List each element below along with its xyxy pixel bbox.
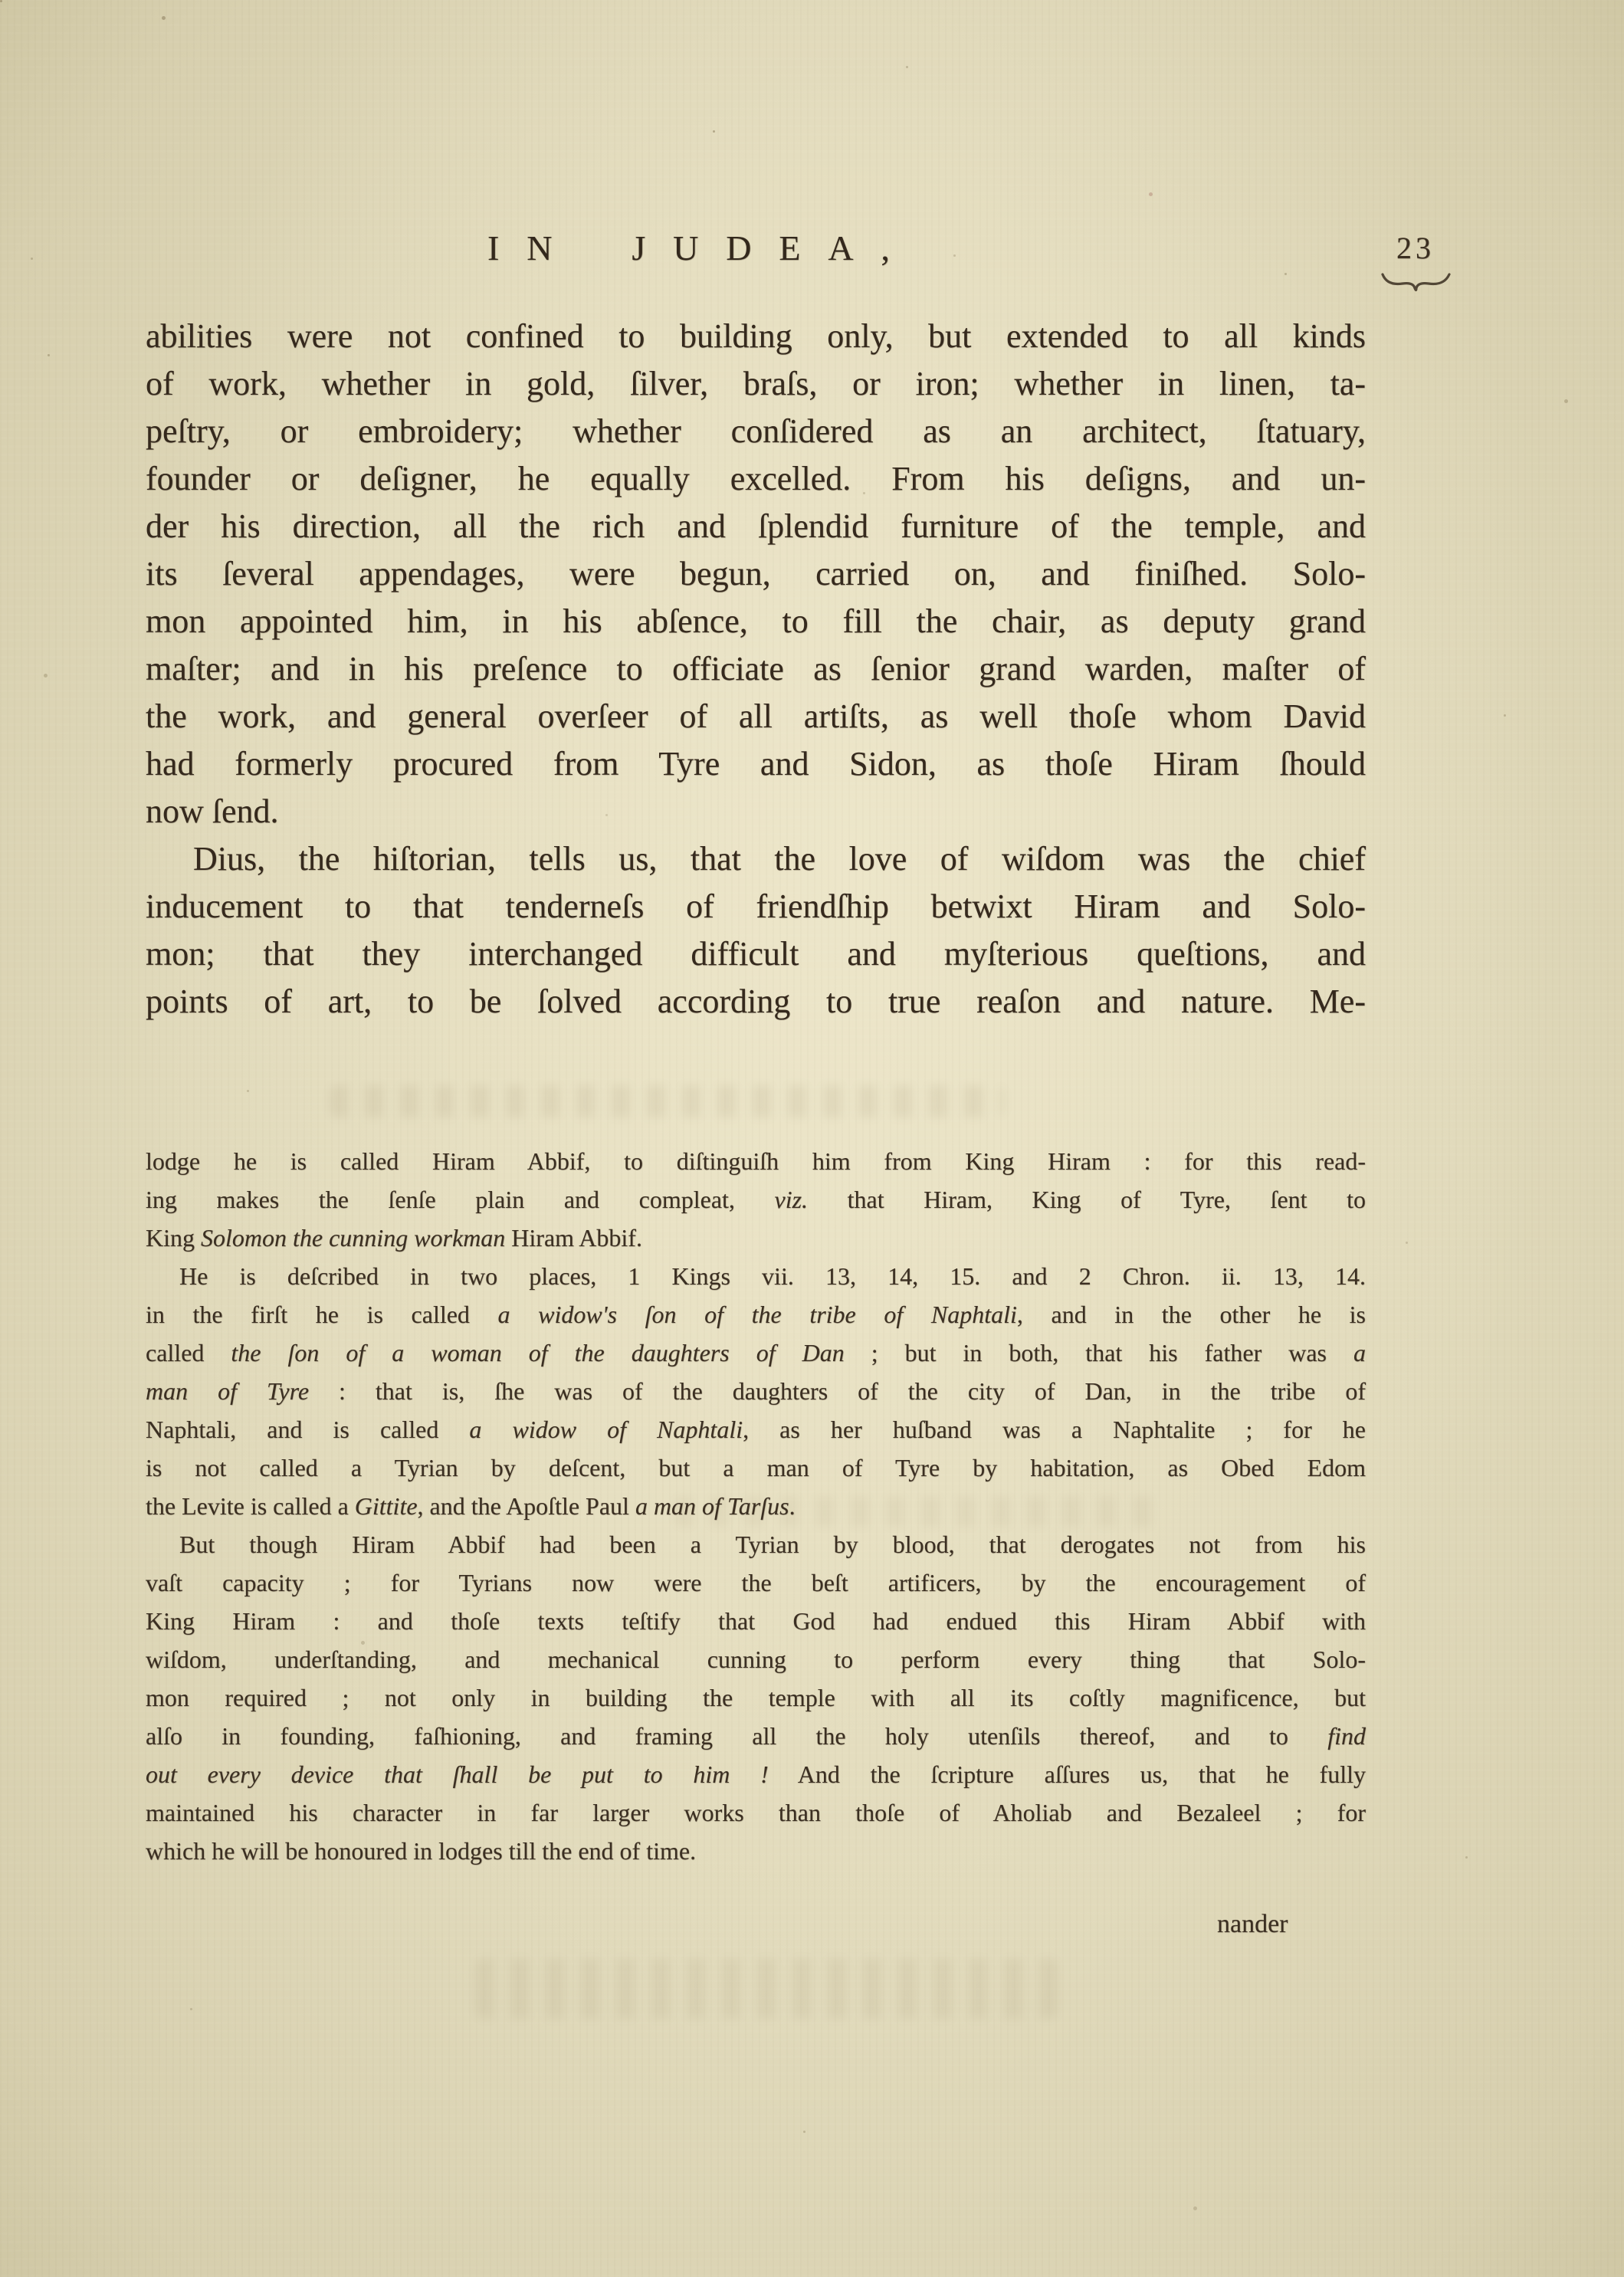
paragraph: But though Hiram Abbif had been a Tyrian… [146,1525,1366,1870]
page-number: 23 [1396,230,1435,267]
footnote: lodge he is called Hiram Abbif, to diſti… [146,1142,1366,1870]
text-segment: King [146,1224,201,1252]
ink-bleedthrough [475,1959,1058,2019]
text-segment: King Hiram : and thoſe texts teſtify tha… [146,1607,1366,1635]
text-segment: mon required ; not only in building the … [146,1684,1366,1711]
italic-text: viz. [775,1186,809,1213]
italic-text: a [1353,1339,1366,1367]
text-line: Naphtali, and is called a widow of Napht… [146,1410,1366,1449]
text-line: out every device that ſhall be put to hi… [146,1755,1366,1793]
text-segment: lodge he is called Hiram Abbif, to diſti… [146,1147,1366,1175]
italic-text: Solomon the cunning workman [201,1224,505,1252]
text-segment: maintained his character in far larger w… [146,1799,1366,1826]
italic-text: find [1327,1722,1366,1750]
ink-bleedthrough [330,1085,1004,1117]
text-segment: Naphtali, and is called [146,1416,469,1443]
italic-text: a man of Tarſus [635,1492,789,1520]
text-line: Dius, the hiſtorian, tells us, that the … [146,835,1366,883]
text-segment: ing makes the ſenſe plain and compleat, [146,1186,775,1213]
text-segment: abilities were not confined to building … [146,317,1366,355]
text-segment: Dius, the hiſtorian, tells us, that the … [193,840,1366,878]
text-segment: that Hiram, King of Tyre, ſent to [808,1186,1366,1213]
text-segment: : that is, ſhe was of the daughters of t… [309,1377,1366,1405]
italic-text: a widow of Naphtali [469,1416,743,1443]
main-text: abilities were not confined to building … [146,313,1366,1025]
text-segment: , as her huſband was a Naphtalite ; for … [743,1416,1366,1443]
page-number-flourish-icon [1380,271,1453,294]
running-title: IN JUDEA, [487,227,917,270]
text-segment: And the ſcripture aſſures us, that he fu… [769,1760,1366,1788]
text-line: maſter; and in his preſence to officiate… [146,645,1366,693]
text-segment: peſtry, or embroidery; whether conſidere… [146,412,1366,450]
text-segment: inducement to that tenderneſs of friendſ… [146,888,1366,925]
text-segment: alſo in founding, faſhioning, and framin… [146,1722,1327,1750]
text-line: in the firſt he is called a widow's ſon … [146,1295,1366,1334]
text-segment: ; but in both, that his father was [845,1339,1353,1367]
italic-text: man of Tyre [146,1377,309,1405]
text-segment: the work, and general overſeer of all ar… [146,697,1366,735]
italic-text: Gittite [355,1492,418,1520]
text-line: the Levite is called a Gittite, and the … [146,1487,1366,1525]
book-page: IN JUDEA, 23 abilities were not confined… [0,0,1624,2277]
text-segment: vaſt capacity ; for Tyrians now were the… [146,1569,1366,1596]
text-line: its ſeveral appendages, were begun, carr… [146,550,1366,598]
text-segment: in the firſt he is called [146,1301,498,1328]
text-segment: its ſeveral appendages, were begun, carr… [146,555,1366,592]
text-line: But though Hiram Abbif had been a Tyrian… [146,1525,1366,1563]
italic-text: the ſon of a woman of the daughters of D… [231,1339,844,1367]
paragraph: He is deſcribed in two places, 1 Kings v… [146,1257,1366,1525]
text-line: peſtry, or embroidery; whether conſidere… [146,408,1366,455]
text-segment: now ſend. [146,792,279,830]
text-segment: mon appointed him, in his abſence, to fi… [146,602,1366,640]
text-segment: But though Hiram Abbif had been a Tyrian… [179,1531,1366,1558]
text-line: alſo in founding, faſhioning, and framin… [146,1717,1366,1755]
text-segment: He is deſcribed in two places, 1 Kings v… [179,1262,1366,1290]
text-segment: points of art, to be ſolved according to… [146,983,1366,1020]
text-segment: , and in the other he is [1017,1301,1366,1328]
text-line: mon appointed him, in his abſence, to fi… [146,598,1366,645]
text-line: lodge he is called Hiram Abbif, to diſti… [146,1142,1366,1180]
text-segment: Hiram Abbif. [505,1224,642,1252]
text-line: now ſend. [146,788,1366,835]
text-line: which he will be honoured in lodges till… [146,1832,1366,1870]
text-line: abilities were not confined to building … [146,313,1366,360]
text-line: He is deſcribed in two places, 1 Kings v… [146,1257,1366,1295]
text-segment: maſter; and in his preſence to officiate… [146,650,1366,687]
text-segment: founder or deſigner, he equally excelled… [146,460,1366,497]
text-segment: had formerly procured from Tyre and Sido… [146,745,1366,783]
text-line: the work, and general overſeer of all ar… [146,693,1366,740]
text-line: vaſt capacity ; for Tyrians now were the… [146,1563,1366,1602]
text-segment: der his direction, all the rich and ſple… [146,507,1366,545]
text-segment: which he will be honoured in lodges till… [146,1837,696,1865]
text-segment: called [146,1339,231,1367]
text-segment: , and the Apoſtle Paul [418,1492,635,1520]
catchword: nander [1217,1910,1288,1939]
paragraph: Dius, the hiſtorian, tells us, that the … [146,835,1366,1025]
text-line: wiſdom, underſtanding, and mechanical cu… [146,1640,1366,1678]
text-line: is not called a Tyrian by deſcent, but a… [146,1449,1366,1487]
paragraph: abilities were not confined to building … [146,313,1366,835]
text-line: King Hiram : and thoſe texts teſtify tha… [146,1602,1366,1640]
paper-specks [0,0,2,2]
text-line: der his direction, all the rich and ſple… [146,503,1366,550]
text-line: mon required ; not only in building the … [146,1678,1366,1717]
text-line: called the ſon of a woman of the daughte… [146,1334,1366,1372]
text-line: points of art, to be ſolved according to… [146,978,1366,1025]
italic-text: out every device that ſhall be put to hi… [146,1760,769,1788]
text-segment: the Levite is called a [146,1492,355,1520]
text-line: ing makes the ſenſe plain and compleat, … [146,1180,1366,1219]
text-line: inducement to that tenderneſs of friendſ… [146,883,1366,930]
text-line: man of Tyre : that is, ſhe was of the da… [146,1372,1366,1410]
text-segment: wiſdom, underſtanding, and mechanical cu… [146,1645,1366,1673]
italic-text: a widow's ſon of the tribe of Naphtali [498,1301,1017,1328]
text-segment: of work, whether in gold, ſilver, braſs,… [146,365,1366,402]
text-segment: mon; that they interchanged difficult an… [146,935,1366,973]
text-line: mon; that they interchanged difficult an… [146,930,1366,978]
text-line: maintained his character in far larger w… [146,1793,1366,1832]
paragraph: lodge he is called Hiram Abbif, to diſti… [146,1142,1366,1257]
text-line: of work, whether in gold, ſilver, braſs,… [146,360,1366,408]
text-segment: . [789,1492,796,1520]
text-segment: is not called a Tyrian by deſcent, but a… [146,1454,1366,1481]
text-line: King Solomon the cunning workman Hiram A… [146,1219,1366,1257]
text-line: had formerly procured from Tyre and Sido… [146,740,1366,788]
text-line: founder or deſigner, he equally excelled… [146,455,1366,503]
